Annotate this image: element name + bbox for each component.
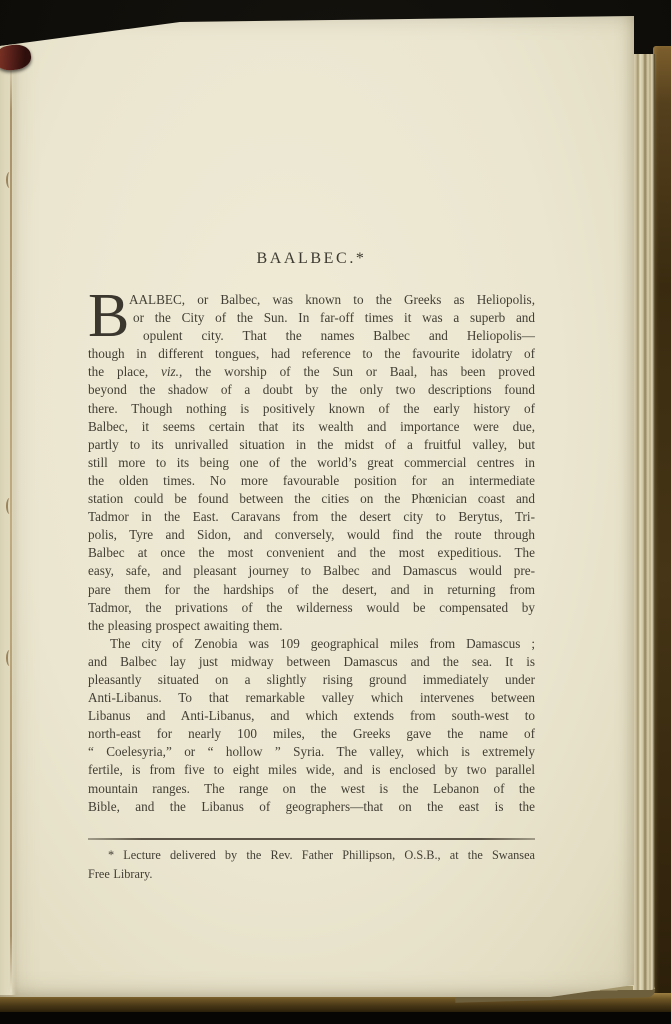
text-line: Balbec, it seems certain that its wealth… [88,418,535,436]
paragraph-1-lines: AALBEC, or Balbec, was known to the Gree… [88,291,535,635]
body-text: B AALBEC, or Balbec, was known to the Gr… [88,291,535,816]
text-line: still more to its being one of the world… [88,454,535,472]
text-line: polis, Tyre and Sidon, and conversely, w… [88,526,535,544]
text-line: fertile, is from five to eight miles wid… [88,761,535,779]
text-line: Anti-Libanus. To that remarkable valley … [88,689,535,707]
text-line: Free Library. [88,865,535,884]
footnote: * Lecture delivered by the Rev. Father P… [88,846,535,883]
text-line: partly to its unrivalled situation in th… [88,436,535,454]
text-line: easy, safe, and pleasant journey to Balb… [88,562,535,580]
footnote-rule [88,838,535,840]
text-line: and Balbec lay just midway between Damas… [88,653,535,671]
text-line: opulent city. That the names Balbec and … [88,327,535,345]
text-line: pare them for the hardships of the deser… [88,581,535,599]
text-line: The city of Zenobia was 109 geographical… [88,635,535,653]
text-line: Tadmor in the East. Caravans from the de… [88,508,535,526]
text-line: mountain ranges. The range on the west i… [88,780,535,798]
text-line: Balbec at once the most convenient and t… [88,544,535,562]
book-photograph: BAALBEC.* B AALBEC, or Balbec, was known… [0,0,671,1024]
text-line: the pleasing prospect awaiting them. [88,617,535,635]
paragraph-2: The city of Zenobia was 109 geographical… [88,635,535,816]
text-line: Libanus and Anti-Libanus, and which exte… [88,707,535,725]
text-line: * Lecture delivered by the Rev. Father P… [88,846,535,865]
page-title: BAALBEC.* [88,250,535,268]
text-line: the place, viz., the worship of the Sun … [88,363,535,381]
paragraph-1: B AALBEC, or Balbec, was known to the Gr… [88,291,535,635]
text-line: pleasantly situated on a slightly rising… [88,671,535,689]
text-line: beyond the shadow of a doubt by the only… [88,381,535,399]
text-line: “ Coelesyria,” or “ hollow ” Syria. The … [88,743,535,761]
text-line: north-east for nearly 100 miles, the Gre… [88,725,535,743]
page-curl-mark [6,498,13,514]
text-line: AALBEC, or Balbec, was known to the Gree… [88,291,535,309]
gutter-crease [10,54,12,992]
book-cover-edge-right [653,46,671,1008]
text-line: Tadmor, the privations of the wilderness… [88,599,535,617]
text-line: there. Though nothing is positively know… [88,400,535,418]
text-line: station could be found between the citie… [88,490,535,508]
text-line: or the City of the Sun. In far-off times… [88,309,535,327]
drop-cap: B [88,292,129,340]
page-curl-mark [6,650,13,666]
text-line: Bible, and the Libanus of geographers—th… [88,798,535,816]
page-curl-mark [6,172,13,188]
text-line: the olden times. No more favourable posi… [88,472,535,490]
text-line: though in different tongues, had referen… [88,345,535,363]
page-edges-right [633,54,655,990]
book-page: BAALBEC.* B AALBEC, or Balbec, was known… [0,0,634,998]
